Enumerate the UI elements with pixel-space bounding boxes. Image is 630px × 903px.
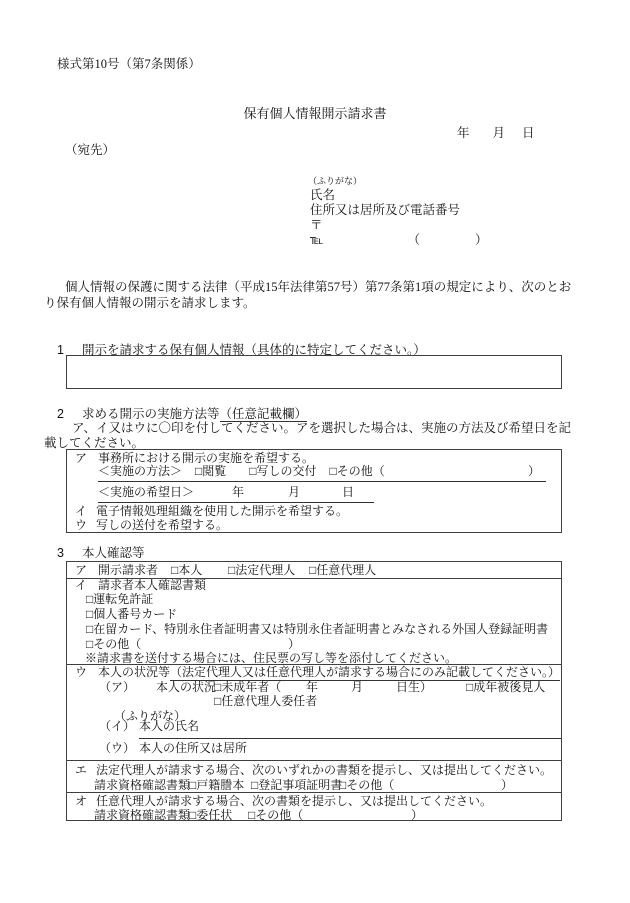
legal-rep-paren-close: ） <box>501 779 513 793</box>
checkbox-residence-card[interactable]: □在留カード、特別永住者証明書又は特別永住者証明書とみなされる外国人登録証明書 <box>86 623 548 637</box>
minor-year-label: 年 <box>306 681 318 695</box>
addressee-label: （宛先） <box>65 143 115 157</box>
tel-paren-open: （ <box>407 233 420 247</box>
desired-date-line: ＜実施の希望日＞年月日 <box>98 486 374 503</box>
checkbox-method-view[interactable]: □閲覧 <box>195 464 226 478</box>
checkbox-minor[interactable]: □未成年者（ <box>214 681 281 695</box>
row-a-title: 開示請求者 <box>98 564 158 578</box>
row-o-text: 任意代理人が請求する場合、次の書類を提示し、又は提出してください。 <box>96 795 492 809</box>
row-principal-status-title: ウ 本人の状況等 （法定代理人又は任意代理人が請求する場合にのみ記載してください… <box>67 666 561 681</box>
sub-a-title: 本人の状況 <box>156 681 216 695</box>
desired-date-label: ＜実施の希望日＞ <box>98 485 194 499</box>
section1-input-box[interactable] <box>66 355 562 389</box>
checkbox-requester-voluntary-rep[interactable]: □任意代理人 <box>309 564 376 578</box>
row-e-text: 法定代理人が請求する場合、次のいずれかの書類を提示し、又は提出してください。 <box>96 764 552 778</box>
date-month-label: 月 <box>493 126 506 140</box>
form-page: 様式第10号（第7条関係） 保有個人情報開示請求書 年月日 （宛先） （ふりがな… <box>0 0 630 903</box>
desired-date-month: 月 <box>288 485 300 499</box>
row-a-label: ア <box>75 564 87 578</box>
option-u-text: 写しの送付を希望する。 <box>96 519 228 533</box>
checkbox-method-other[interactable]: □その他（ <box>330 464 385 478</box>
row-e-doc-label: 請求資格確認書類 <box>94 779 190 793</box>
minor-month-label: 月 <box>351 681 363 695</box>
tel-symbol: ℡ <box>310 233 323 247</box>
checkbox-drivers-license[interactable]: □運転免許証 <box>86 593 153 607</box>
option-u-label: ウ <box>75 519 87 533</box>
checkbox-legal-rep-other[interactable]: □その他（ <box>339 779 394 793</box>
checkbox-family-register[interactable]: □戸籍謄本 <box>189 779 244 793</box>
checkbox-voluntary-rep-other[interactable]: □その他（ <box>248 809 303 823</box>
option-i-text: 電子情報処理組織を使用した開示を希望する。 <box>96 505 348 519</box>
form-number: 様式第10号（第7条関係） <box>57 57 201 71</box>
desired-date-day: 日 <box>342 485 354 499</box>
row-i-label: イ <box>75 579 87 593</box>
tel-paren-close: ） <box>475 233 488 247</box>
voluntary-rep-docs-line: 請求資格確認書類 □委任状 □その他（ ） <box>67 809 561 824</box>
method-label: ＜実施の方法＞ <box>98 464 182 478</box>
address-label: 住所又は居所及び電話番号 <box>310 203 460 217</box>
minor-day-label: 日生） <box>396 681 432 695</box>
name-label: 氏名 <box>310 188 335 202</box>
row-divider <box>67 760 561 761</box>
row-o-label: オ <box>75 795 87 809</box>
intro-line-1: 個人情報の保護に関する法律（平成15年法律第57号）第77条第1項の規定により、… <box>65 280 571 294</box>
section2-heading-text: 求める開示の実施方法等 <box>82 407 220 421</box>
row-legal-rep: エ 法定代理人が請求する場合、次のいずれかの書類を提示し、又は提出してください。 <box>67 764 561 779</box>
method-paren-close: ） <box>528 465 540 479</box>
date-year-label: 年 <box>457 126 470 140</box>
row-e-label: エ <box>75 764 87 778</box>
desired-date-year: 年 <box>232 485 244 499</box>
tel-line: ℡（） <box>310 233 487 247</box>
row-o-doc-label: 請求資格確認書類 <box>94 809 190 823</box>
row-i-title: 請求者本人確認書類 <box>98 579 206 593</box>
section3-table: ア 開示請求者 □本人 □法定代理人 □任意代理人 イ 請求者本人確認書類 □運… <box>66 561 562 821</box>
row-divider <box>67 792 561 793</box>
section2-options-box: ア 事務所における開示の実施を希望する。 ＜実施の方法＞□閲覧□写しの交付□その… <box>66 449 562 533</box>
sub-i-title: 本人の氏名 <box>139 719 199 733</box>
option-a-label: ア <box>75 452 87 466</box>
sub-a-label: （ア） <box>99 681 135 695</box>
checkbox-requester-legal-rep[interactable]: □法定代理人 <box>228 564 295 578</box>
section3-heading: 本人確認等 <box>82 546 145 560</box>
document-title: 保有個人情報開示請求書 <box>0 107 630 122</box>
id-other-paren-close: ） <box>288 638 300 652</box>
principal-name-line[interactable]: 本人の氏名 <box>139 717 561 739</box>
intro-line-2: り保有個人情報の開示を請求します。 <box>44 296 256 310</box>
checkbox-method-copy[interactable]: □写しの交付 <box>249 464 316 478</box>
voluntary-rep-paren-close: ） <box>411 809 423 823</box>
row-u-label: ウ <box>75 666 87 680</box>
checkbox-power-of-attorney[interactable]: □委任状 <box>189 809 232 823</box>
checkbox-voluntary-proxy-principal[interactable]: □任意代理人委任者 <box>214 695 317 709</box>
sub-u-title: 本人の住所又は居所 <box>139 741 247 755</box>
row-requester: ア 開示請求者 □本人 □法定代理人 □任意代理人 <box>67 564 561 579</box>
option-i-label: イ <box>75 505 87 519</box>
method-line: ＜実施の方法＞□閲覧□写しの交付□その他（） <box>98 465 546 482</box>
furigana-label: （ふりがな） <box>308 176 362 186</box>
row-u-title: 本人の状況等 <box>98 666 170 680</box>
section2-number: 2 <box>57 407 64 421</box>
checkbox-requester-self[interactable]: □本人 <box>171 564 202 578</box>
sub-u-label: （ウ） <box>99 742 135 756</box>
checkbox-adult-ward[interactable]: □成年被後見人 <box>466 681 545 695</box>
section2-instruction-1: ア、イ又はウに〇印を付してください。アを選択した場合は、実施の方法及び希望日を記 <box>72 421 571 435</box>
row-u-title-note: （法定代理人又は任意代理人が請求する場合にのみ記載してください。） <box>170 666 560 681</box>
principal-address-line[interactable]: 本人の住所又は居所 <box>139 739 561 761</box>
checkbox-registry-certificate[interactable]: □登記事項証明書 <box>251 779 342 793</box>
sub-i-label: （イ） <box>99 720 135 734</box>
postal-mark: 〒 <box>310 218 323 232</box>
section2-heading: 求める開示の実施方法等（任意記載欄） <box>82 407 307 421</box>
section1-number: 1 <box>57 343 64 357</box>
checkbox-mynumber-card[interactable]: □個人番号カード <box>86 608 177 622</box>
section3-number: 3 <box>57 546 64 560</box>
date-day-label: 日 <box>522 126 535 140</box>
section2-heading-note: （任意記載欄） <box>220 407 308 422</box>
date-line: 年月日 <box>457 126 535 140</box>
checkbox-id-other[interactable]: □その他（ <box>86 638 141 652</box>
